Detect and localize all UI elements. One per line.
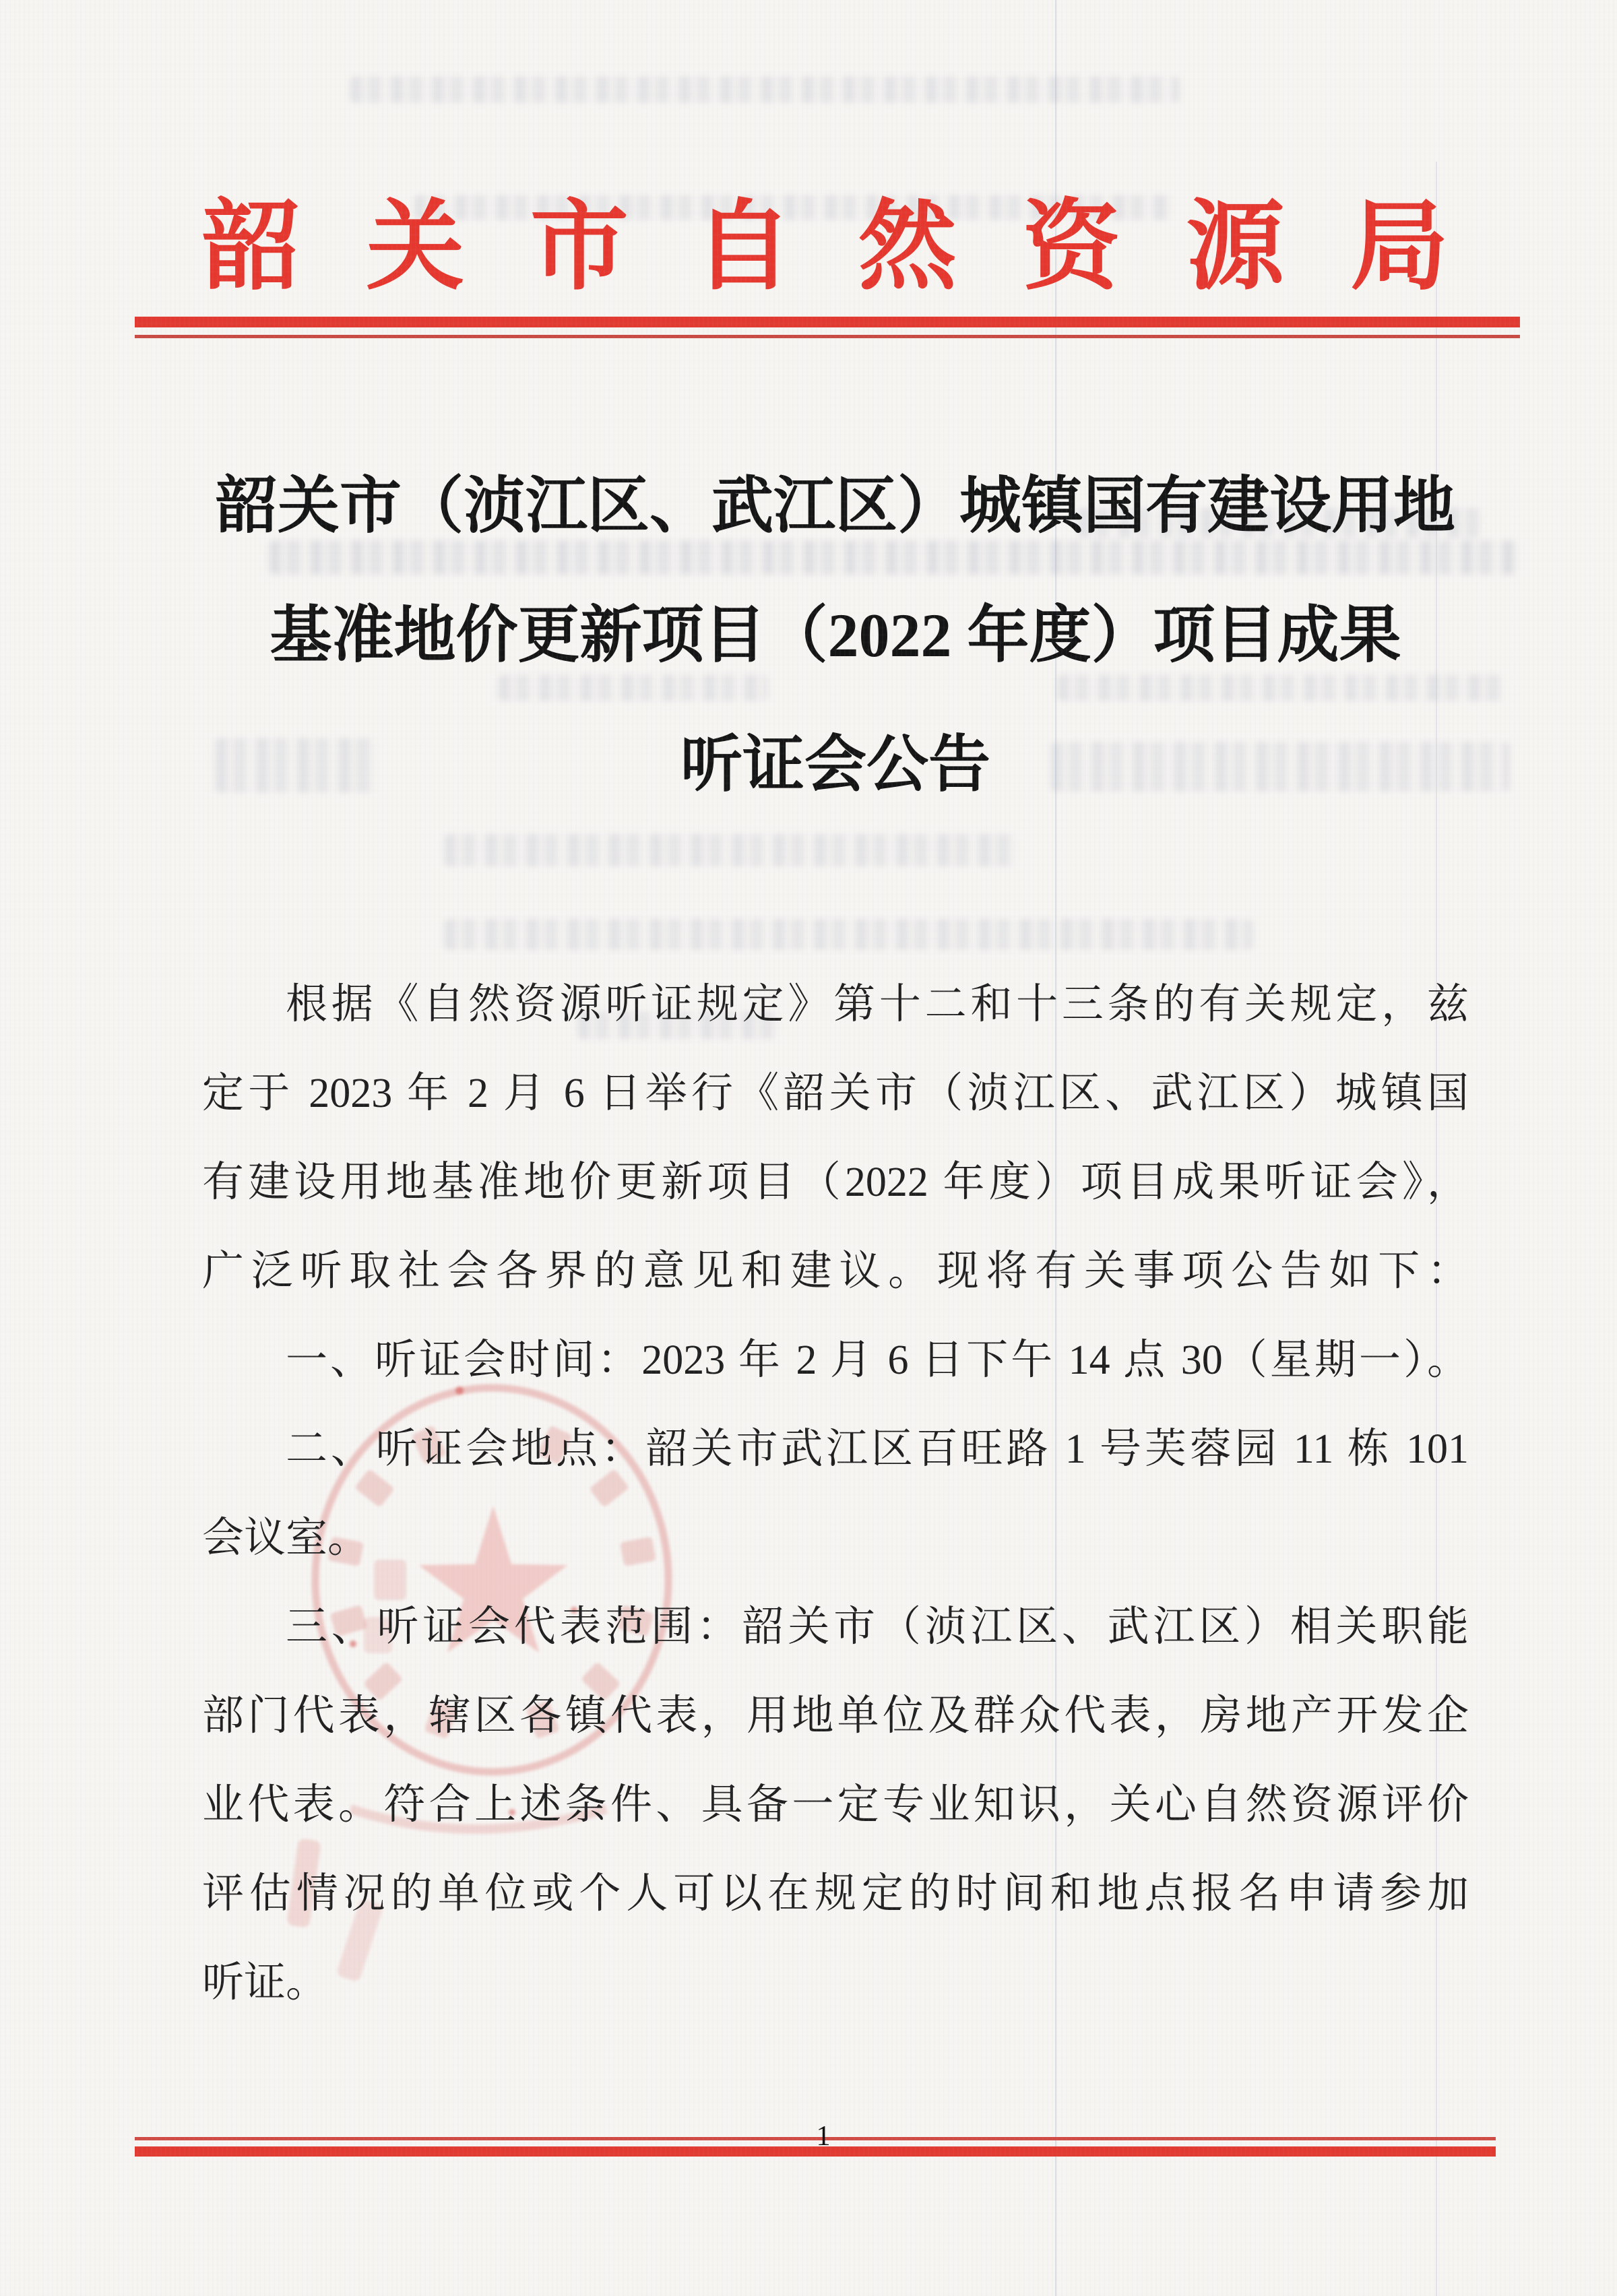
- body-line-item-1: 一、听证会时间：2023 年 2 月 6 日下午 14 点 30（星期一）。: [202, 1316, 1469, 1405]
- letterhead-agency-name: 韶关市自然资源局: [202, 190, 1449, 305]
- title-line-2: 基准地价更新项目（2022 年度）项目成果: [175, 571, 1496, 700]
- bleedthrough-mark: [350, 77, 1179, 103]
- document-body: 根据《自然资源听证规定》第十二和十三条的有关规定，兹 定于 2023 年 2 月…: [202, 960, 1469, 2027]
- body-line-item-3: 三、听证会代表范围：韶关市（浈江区、武江区）相关职能: [202, 1583, 1469, 1671]
- letterhead-rule-thin: [135, 335, 1520, 338]
- bleedthrough-mark: [445, 919, 1253, 950]
- document-title: 韶关市（浈江区、武江区）城镇国有建设用地 基准地价更新项目（2022 年度）项目…: [175, 441, 1496, 829]
- bleedthrough-mark: [445, 834, 1017, 866]
- body-line-item-2: 二、听证会地点：韶关市武江区百旺路 1 号芙蓉园 11 栋 101: [202, 1405, 1469, 1494]
- body-line: 评估情况的单位或个人可以在规定的时间和地点报名申请参加: [202, 1849, 1469, 1938]
- letterhead-rule-thick: [135, 317, 1520, 327]
- body-line: 定于 2023 年 2 月 6 日举行《韶关市（浈江区、武江区）城镇国: [202, 1049, 1469, 1138]
- title-line-1: 韶关市（浈江区、武江区）城镇国有建设用地: [175, 441, 1496, 571]
- title-line-3: 听证会公告: [175, 700, 1496, 829]
- body-line: 有建设用地基准地价更新项目（2022 年度）项目成果听证会》，: [202, 1138, 1469, 1227]
- page-number: 1: [808, 2122, 838, 2150]
- body-line: 听证。: [202, 1938, 1469, 2027]
- scanned-document-page: 韶关市自然资源局 韶关市（浈江区、武江区）城镇国有建设用地 基准地价更新项目（2…: [0, 0, 1617, 2296]
- body-line: 部门代表，辖区各镇代表，用地单位及群众代表，房地产开发企: [202, 1671, 1469, 1760]
- body-line: 广泛听取社会各界的意见和建议。现将有关事项公告如下：: [202, 1227, 1469, 1316]
- body-line: 会议室。: [202, 1494, 1469, 1583]
- body-line: 根据《自然资源听证规定》第十二和十三条的有关规定，兹: [202, 960, 1469, 1049]
- body-line: 业代表。符合上述条件、具备一定专业知识，关心自然资源评价: [202, 1760, 1469, 1849]
